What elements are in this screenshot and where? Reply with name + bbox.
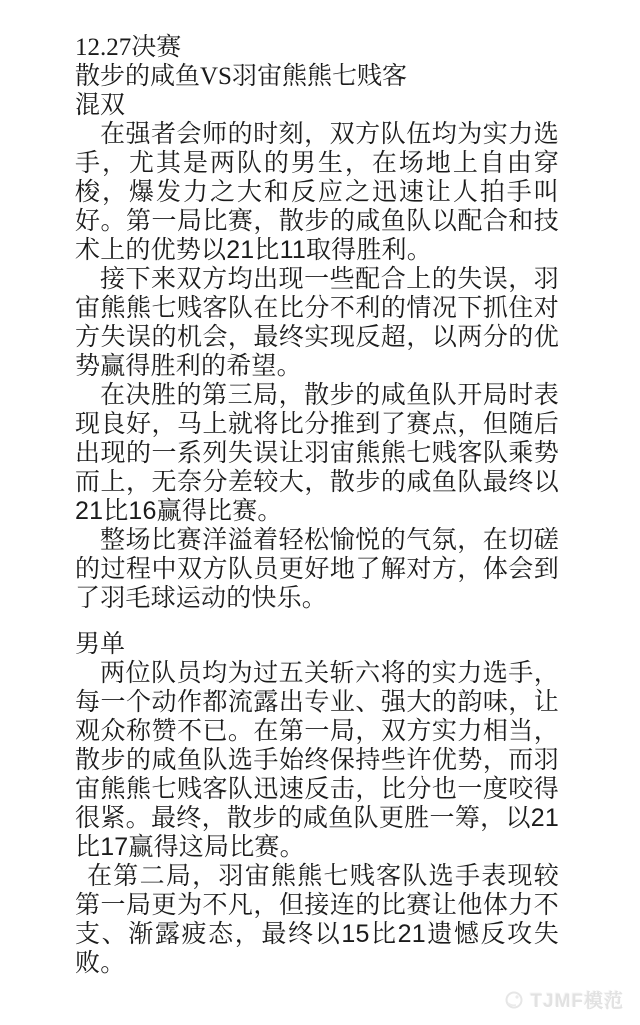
paragraph-mixed-doubles-2: 接下来双方均出现一些配合上的失误，羽宙熊熊七贱客队在比分不利的情况下抓住对方失误… <box>75 265 559 381</box>
watermark-logo-icon <box>504 990 524 1010</box>
watermark-text: TJMF模范 <box>530 986 624 1013</box>
section-heading-mens-singles: 男单 <box>75 630 559 659</box>
paragraph-mixed-doubles-3: 在决胜的第三局，散步的咸鱼队开局时表现良好，马上就将比分推到了赛点，但随后出现的… <box>75 381 559 526</box>
paragraph-mens-singles-1: 两位队员均为过五关斩六将的实力选手，每一个动作都流露出专业、强大的韵味，让观众称… <box>75 659 559 862</box>
paragraph-mixed-doubles-4: 整场比赛洋溢着轻松愉悦的气氛，在切磋的过程中双方队员更好地了解对方，体会到了羽毛… <box>75 526 559 613</box>
section-mixed-doubles: 混双 在强者会师的时刻，双方队伍均为实力选手，尤其是两队的男生，在场地上自由穿梭… <box>75 91 559 613</box>
article-matchup-title: 散步的咸鱼VS羽宙熊熊七贱客 <box>75 62 559 91</box>
paragraph-mixed-doubles-1: 在强者会师的时刻，双方队伍均为实力选手，尤其是两队的男生，在场地上自由穿梭，爆发… <box>75 120 559 265</box>
paragraph-mens-singles-2: 在第二局，羽宙熊熊七贱客队选手表现较第一局更为不凡，但接连的比赛让他体力不支、渐… <box>75 862 559 978</box>
section-mens-singles: 男单 两位队员均为过五关斩六将的实力选手，每一个动作都流露出专业、强大的韵味，让… <box>75 630 559 978</box>
section-heading-mixed-doubles: 混双 <box>75 91 559 120</box>
article-date-title: 12.27决赛 <box>75 33 559 62</box>
article: 12.27决赛 散步的咸鱼VS羽宙熊熊七贱客 混双 在强者会师的时刻，双方队伍均… <box>75 33 559 978</box>
watermark: TJMF模范 <box>504 986 624 1013</box>
